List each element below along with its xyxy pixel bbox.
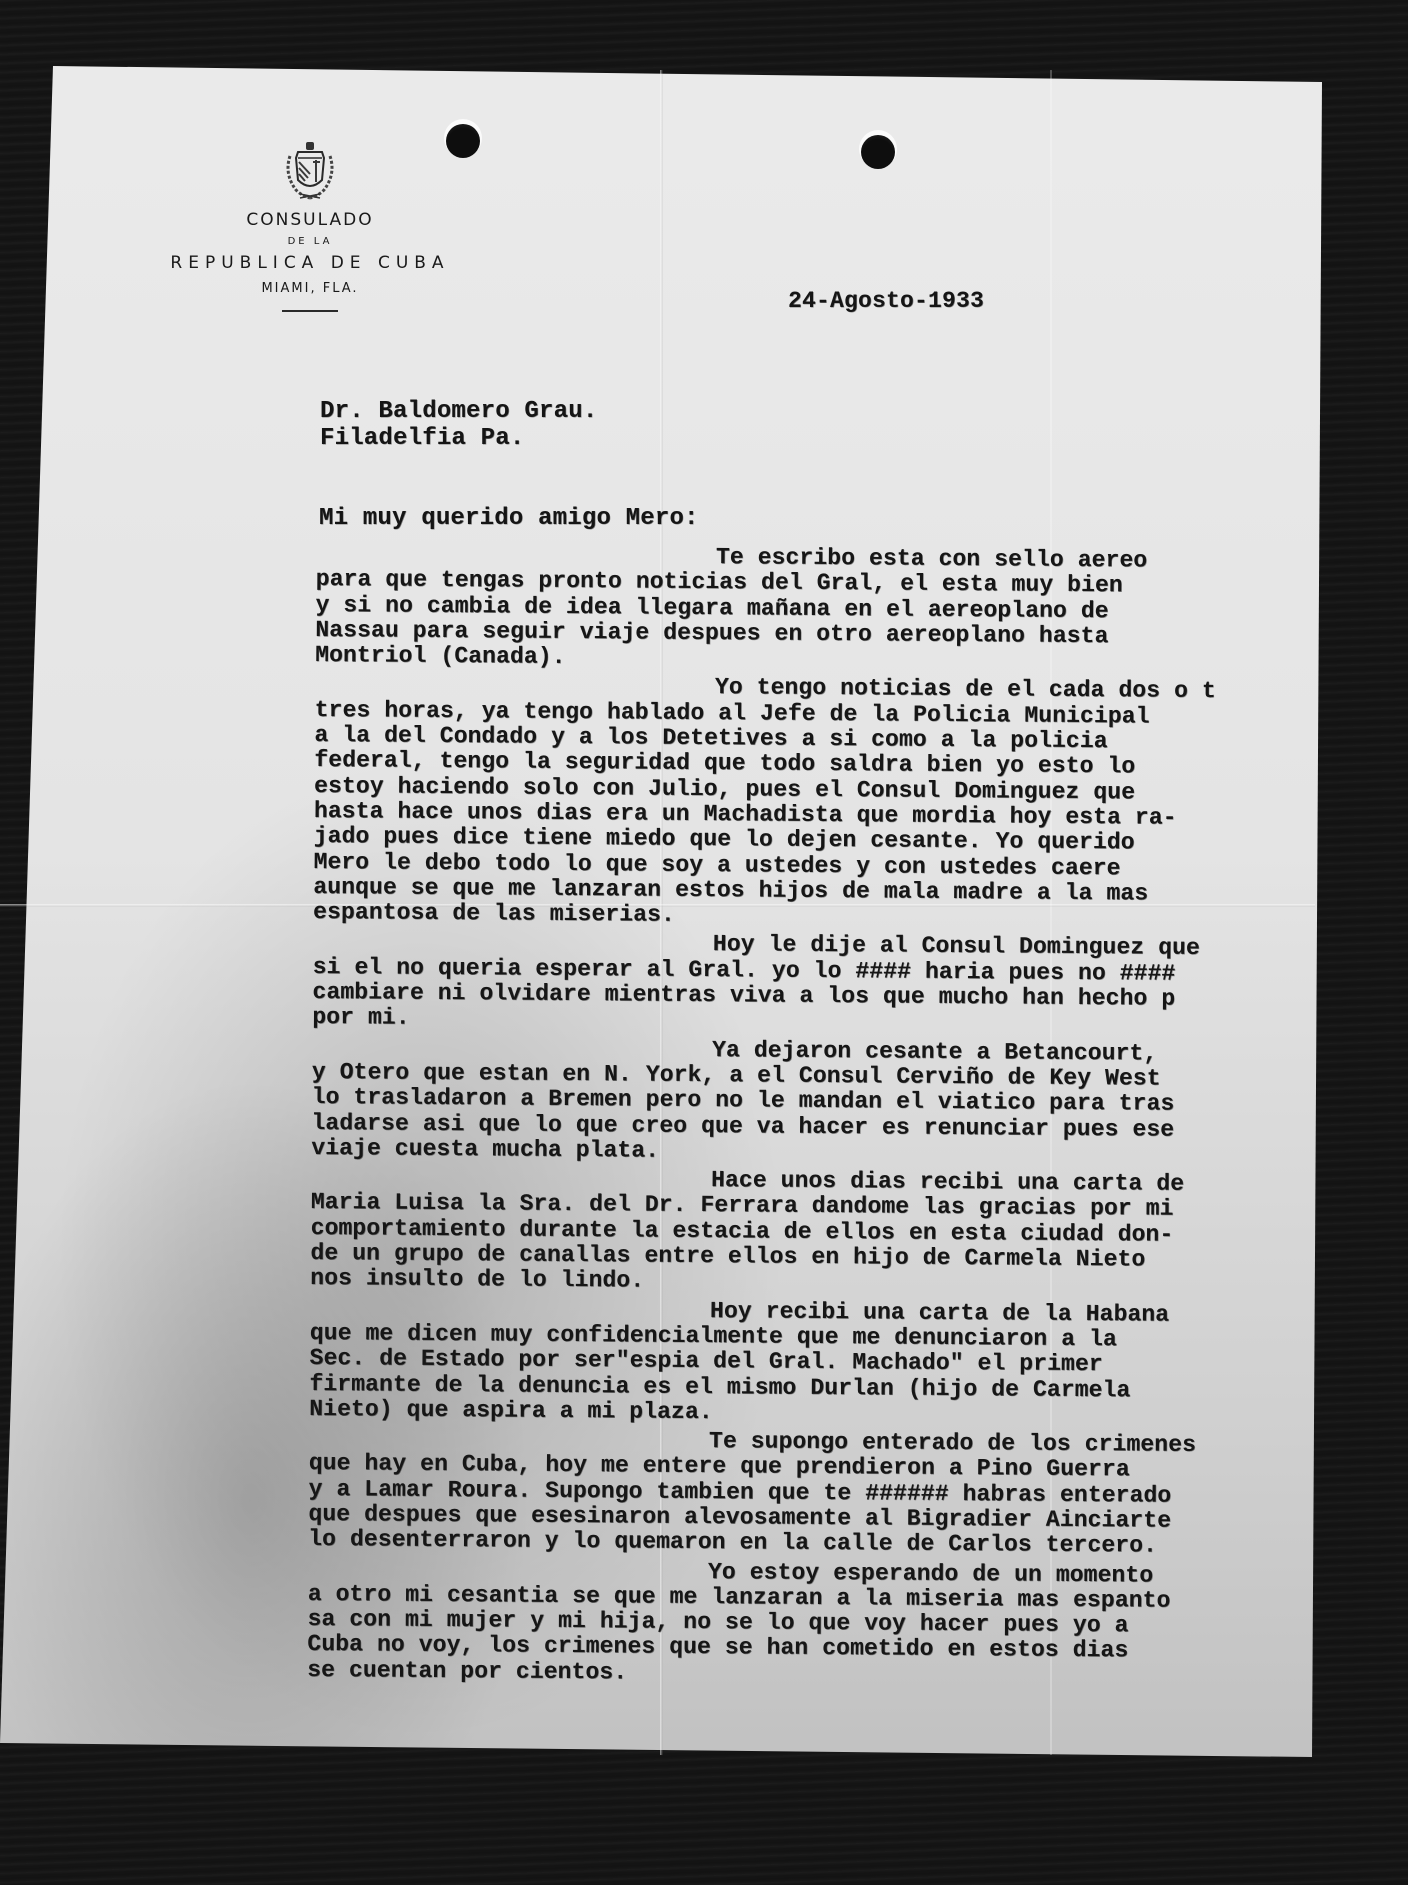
letterhead-republica: REPUBLICA DE CUBA <box>130 253 490 273</box>
letter-paragraph: Yo tengo noticias de el cada dos o ttres… <box>313 672 1295 933</box>
letter-paragraph: Hoy le dije al Consul Dominguez quesi el… <box>312 929 1293 1038</box>
letter-date: 24-Agosto-1933 <box>788 288 984 314</box>
letterhead-consulado: CONSULADO <box>130 210 490 230</box>
letter-paragraph: Hace unos dias recibi una carta deMaria … <box>310 1165 1291 1299</box>
letter-body: Te escribo esta con sello aereopara que … <box>307 542 1296 1691</box>
letterhead-de-la: DE LA <box>130 236 490 247</box>
letter-paragraph: Te supongo enterado de los crimenesque h… <box>308 1426 1289 1560</box>
letter-paragraph: Hoy recibi una carta de la Habanaque me … <box>309 1296 1290 1430</box>
salutation: Mi muy querido amigo Mero: <box>319 505 699 532</box>
letterhead-rule <box>282 310 338 312</box>
letterhead: CONSULADO DE LA REPUBLICA DE CUBA MIAMI,… <box>130 140 490 312</box>
coat-of-arms-icon <box>280 140 340 204</box>
letter-paragraph: Yo estoy esperando de un momentoa otro m… <box>307 1557 1288 1691</box>
letterhead-city: MIAMI, FLA. <box>130 281 490 296</box>
punch-hole-right <box>861 135 895 169</box>
recipient-name: Dr. Baldomero Grau. <box>320 398 597 425</box>
recipient-city: Filadelfia Pa. <box>320 425 524 452</box>
letter-paragraph: Te escribo esta con sello aereopara que … <box>315 542 1296 676</box>
typed-line: lo desenterraron y lo quemaron en la cal… <box>308 1527 1288 1560</box>
letter-paragraph: Ya dejaron cesante a Betancourt,y Otero … <box>311 1035 1292 1169</box>
